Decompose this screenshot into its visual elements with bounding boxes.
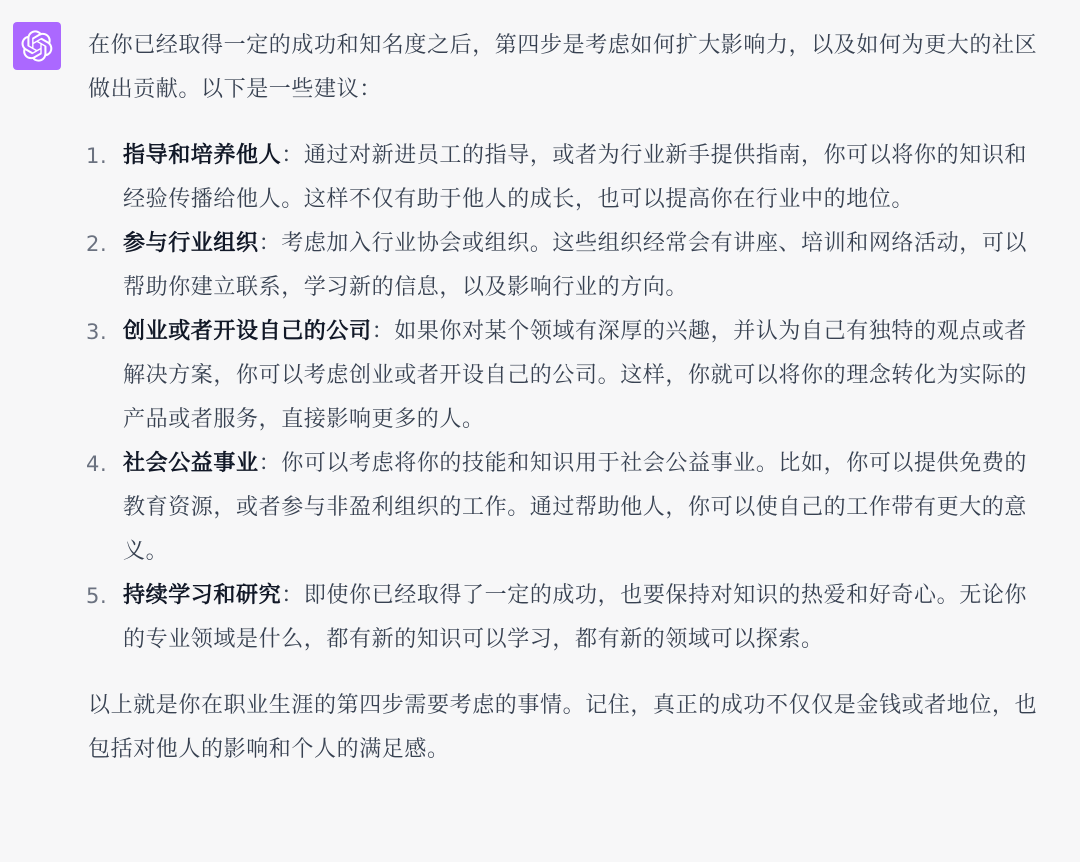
- item-title: 创业或者开设自己的公司: [123, 319, 372, 344]
- suggestion-list: 1.指导和培养他人：通过对新进员工的指导，或者为行业新手提供指南，你可以将你的知…: [88, 134, 1048, 662]
- list-number: 4.: [86, 442, 107, 486]
- message-content: 在你已经取得一定的成功和知名度之后，第四步是考虑如何扩大影响力，以及如何为更大的…: [88, 24, 1048, 772]
- list-item: 4.社会公益事业：你可以考虑将你的技能和知识用于社会公益事业。比如，你可以提供免…: [88, 442, 1048, 574]
- list-number: 5.: [86, 574, 107, 618]
- item-separator: ：: [259, 451, 282, 476]
- item-separator: ：: [372, 319, 395, 344]
- list-number: 2.: [86, 222, 107, 266]
- list-item: 2.参与行业组织：考虑加入行业协会或组织。这些组织经常会有讲座、培训和网络活动，…: [88, 222, 1048, 310]
- list-item: 3.创业或者开设自己的公司：如果你对某个领域有深厚的兴趣，并认为自己有独特的观点…: [88, 310, 1048, 442]
- item-title: 参与行业组织: [123, 231, 259, 256]
- list-item: 1.指导和培养他人：通过对新进员工的指导，或者为行业新手提供指南，你可以将你的知…: [88, 134, 1048, 222]
- item-title: 指导和培养他人: [123, 143, 281, 168]
- item-separator: ：: [259, 231, 282, 256]
- item-title: 社会公益事业: [123, 451, 259, 476]
- list-item: 5.持续学习和研究：即使你已经取得了一定的成功，也要保持对知识的热爱和好奇心。无…: [88, 574, 1048, 662]
- openai-logo-icon: [21, 30, 53, 62]
- assistant-avatar: [13, 22, 61, 70]
- list-number: 3.: [86, 310, 107, 354]
- list-number: 1.: [86, 134, 107, 178]
- assistant-message: 在你已经取得一定的成功和知名度之后，第四步是考虑如何扩大影响力，以及如何为更大的…: [0, 0, 1080, 862]
- item-title: 持续学习和研究: [123, 583, 281, 608]
- item-separator: ：: [281, 583, 304, 608]
- outro-paragraph: 以上就是你在职业生涯的第四步需要考虑的事情。记住，真正的成功不仅仅是金钱或者地位…: [88, 684, 1048, 772]
- item-separator: ：: [281, 143, 304, 168]
- intro-paragraph: 在你已经取得一定的成功和知名度之后，第四步是考虑如何扩大影响力，以及如何为更大的…: [88, 24, 1048, 112]
